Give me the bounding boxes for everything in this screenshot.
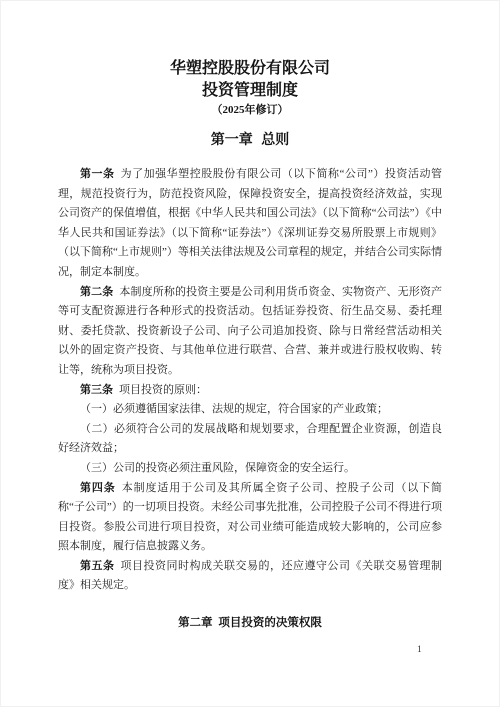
document-page: 华塑控股股份有限公司 投资管理制度 （2025年修订） 第一章 总则 第一条为了… <box>0 0 500 707</box>
revision-note: （2025年修订） <box>58 102 442 119</box>
document-content: 华塑控股股份有限公司 投资管理制度 （2025年修订） 第一章 总则 第一条为了… <box>0 0 500 631</box>
article-3-label: 第三条 <box>80 384 113 396</box>
article-3-item-2: （二）必须符合公司的发展战略和规划要求，合理配置企业资源，创造良好经济效益； <box>58 420 442 459</box>
article-1: 第一条为了加强华塑控股股份有限公司（以下简称“公司”）投资活动管理，规范投资行为… <box>58 165 442 283</box>
article-3-item-1: （一）必须遵循国家法律、法规的规定，符合国家的产业政策； <box>58 400 442 420</box>
article-3: 第三条项目投资的原则： <box>58 381 442 401</box>
document-subtitle: 投资管理制度 <box>58 80 442 102</box>
body-text: 第一条为了加强华塑控股股份有限公司（以下简称“公司”）投资活动管理，规范投资行为… <box>58 165 442 596</box>
chapter-1-heading: 第一章 总则 <box>58 132 442 150</box>
document-title: 华塑控股股份有限公司 投资管理制度 <box>58 58 442 102</box>
chapter-2-heading: 第二章 项目投资的决策权限 <box>58 615 442 631</box>
article-3-text: 项目投资的原则： <box>119 384 207 396</box>
article-2-text: 本制度所称的投资主要是公司利用货币资金、实物资产、无形资产等可支配资源进行各种形… <box>58 286 442 376</box>
article-5-label: 第五条 <box>80 560 115 572</box>
company-name: 华塑控股股份有限公司 <box>58 58 442 80</box>
article-2: 第二条本制度所称的投资主要是公司利用货币资金、实物资产、无形资产等可支配资源进行… <box>58 283 442 381</box>
article-5-text: 项目投资同时构成关联交易的，还应遵守公司《关联交易管理制度》相关规定。 <box>58 560 442 592</box>
article-2-label: 第二条 <box>80 286 113 298</box>
article-4: 第四条本制度适用于公司及其所属全资子公司、控股子公司（以下简称“子公司”）的一切… <box>58 479 442 557</box>
page-number: 1 <box>417 643 422 657</box>
article-1-label: 第一条 <box>80 168 115 180</box>
article-3-item-3: （三）公司的投资必须注重风险，保障资金的安全运行。 <box>58 459 442 479</box>
article-1-text: 为了加强华塑控股股份有限公司（以下简称“公司”）投资活动管理，规范投资行为，防范… <box>58 168 442 278</box>
article-4-label: 第四条 <box>80 482 116 494</box>
article-5: 第五条项目投资同时构成关联交易的，还应遵守公司《关联交易管理制度》相关规定。 <box>58 557 442 596</box>
